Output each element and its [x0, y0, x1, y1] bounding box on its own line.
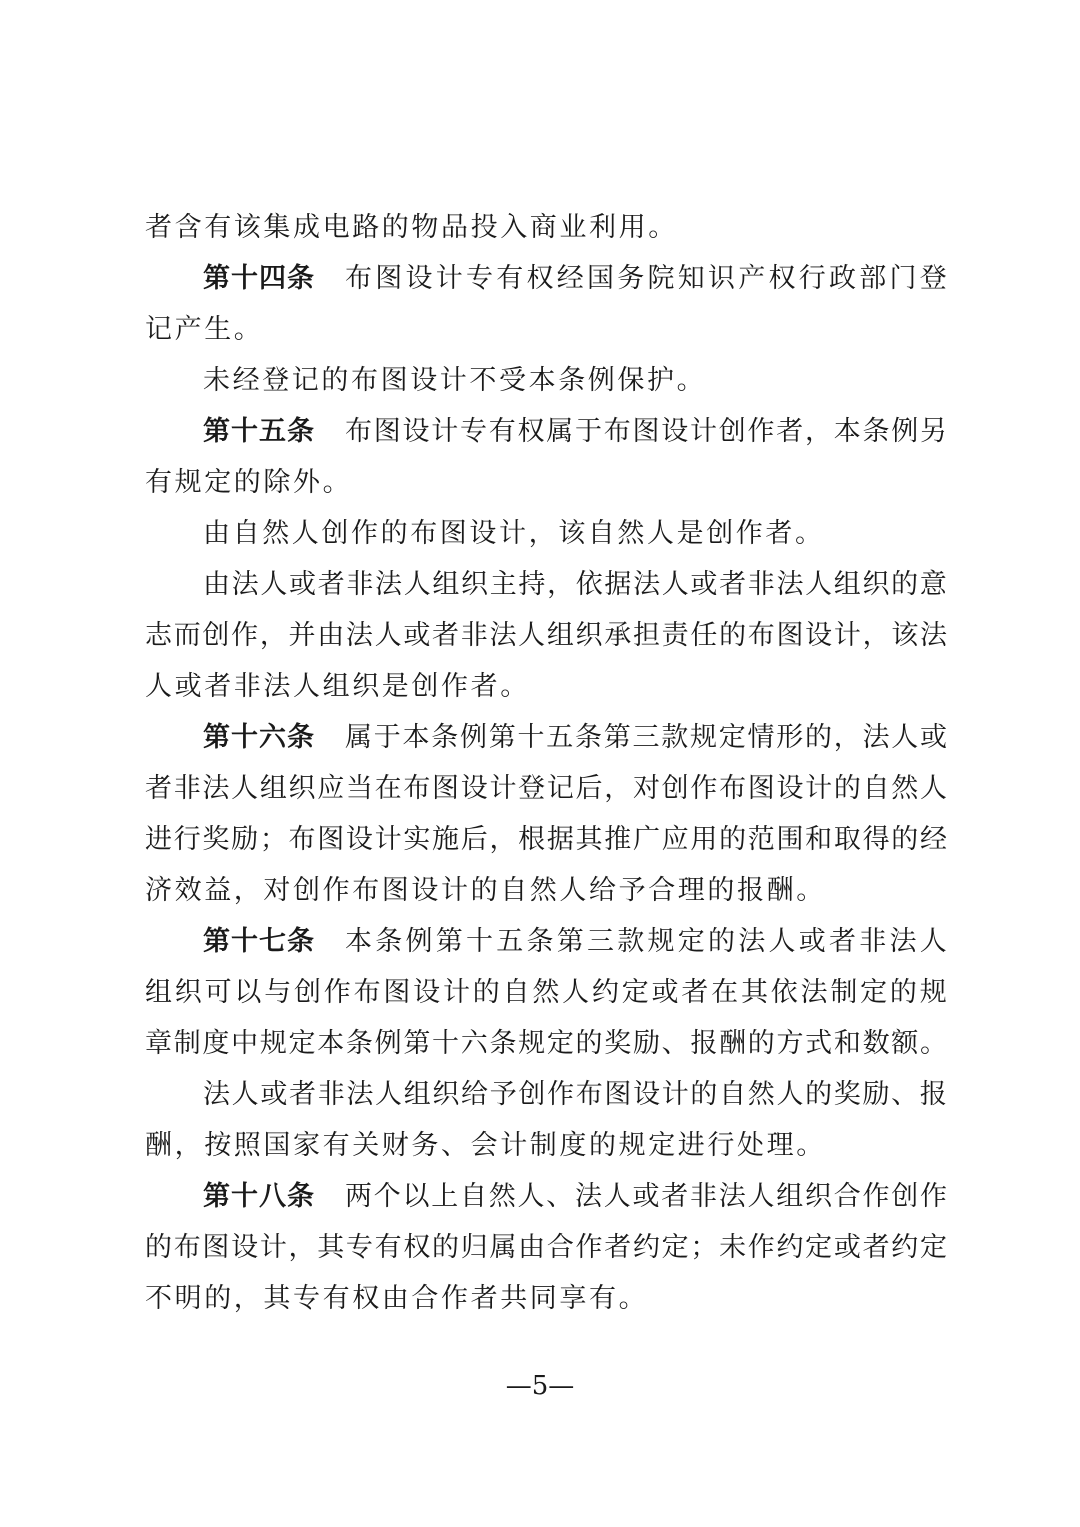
article-number: 第十五条 [203, 407, 315, 457]
text-line: 人或者非法人组织是创作者。 [145, 662, 947, 712]
text-line: 未经登记的布图设计不受本条例保护。 [203, 356, 947, 406]
line-text: 者非法人组织应当在布图设计登记后，对创作布图设计的自然人 [145, 764, 947, 814]
line-text: 布图设计专有权属于布图设计创作者，本条例另 [345, 407, 947, 457]
line-text: 者含有该集成电路的物品投入商业利用。 [145, 203, 947, 253]
text-line: 记产生。 [145, 305, 947, 355]
article-number: 第十四条 [203, 254, 315, 304]
line-text: 的布图设计，其专有权的归属由合作者约定；未作约定或者约定 [145, 1223, 947, 1273]
article-heading-line: 第十八条两个以上自然人、法人或者非法人组织合作创作 [203, 1172, 947, 1222]
line-text: 不明的，其专有权由合作者共同享有。 [145, 1274, 947, 1324]
text-line: 法人或者非法人组织给予创作布图设计的自然人的奖励、报 [203, 1070, 947, 1120]
text-line: 由自然人创作的布图设计，该自然人是创作者。 [203, 509, 947, 559]
text-line: 组织可以与创作布图设计的自然人约定或者在其依法制定的规 [145, 968, 947, 1018]
line-text: 布图设计专有权经国务院知识产权行政部门登 [345, 254, 947, 304]
line-text: 本条例第十五条第三款规定的法人或者非法人 [345, 917, 947, 967]
line-text: 章制度中规定本条例第十六条规定的奖励、报酬的方式和数额。 [145, 1019, 947, 1069]
text-line: 由法人或者非法人组织主持，依据法人或者非法人组织的意 [203, 560, 947, 610]
text-line: 的布图设计，其专有权的归属由合作者约定；未作约定或者约定 [145, 1223, 947, 1273]
line-text: 酬，按照国家有关财务、会计制度的规定进行处理。 [145, 1121, 947, 1171]
line-text: 人或者非法人组织是创作者。 [145, 662, 947, 712]
text-line: 进行奖励；布图设计实施后，根据其推广应用的范围和取得的经 [145, 815, 947, 865]
line-text: 两个以上自然人、法人或者非法人组织合作创作 [345, 1172, 947, 1222]
line-text: 法人或者非法人组织给予创作布图设计的自然人的奖励、报 [203, 1070, 947, 1120]
text-line: 酬，按照国家有关财务、会计制度的规定进行处理。 [145, 1121, 947, 1171]
text-line: 志而创作，并由法人或者非法人组织承担责任的布图设计，该法 [145, 611, 947, 661]
line-text: 进行奖励；布图设计实施后，根据其推广应用的范围和取得的经 [145, 815, 947, 865]
line-text: 由法人或者非法人组织主持，依据法人或者非法人组织的意 [203, 560, 947, 610]
line-text: 济效益，对创作布图设计的自然人给予合理的报酬。 [145, 866, 947, 916]
text-line: 济效益，对创作布图设计的自然人给予合理的报酬。 [145, 866, 947, 916]
article-number: 第十八条 [203, 1172, 315, 1222]
line-text: 由自然人创作的布图设计，该自然人是创作者。 [203, 509, 947, 559]
text-line: 不明的，其专有权由合作者共同享有。 [145, 1274, 947, 1324]
document-page: 者含有该集成电路的物品投入商业利用。第十四条布图设计专有权经国务院知识产权行政部… [0, 0, 1080, 1527]
text-line: 章制度中规定本条例第十六条规定的奖励、报酬的方式和数额。 [145, 1019, 947, 1069]
text-line: 有规定的除外。 [145, 458, 947, 508]
line-text: 属于本条例第十五条第三款规定情形的，法人或 [345, 713, 947, 763]
article-heading-line: 第十七条本条例第十五条第三款规定的法人或者非法人 [203, 917, 947, 967]
article-heading-line: 第十四条布图设计专有权经国务院知识产权行政部门登 [203, 254, 947, 304]
text-line: 者非法人组织应当在布图设计登记后，对创作布图设计的自然人 [145, 764, 947, 814]
line-text: 有规定的除外。 [145, 458, 947, 508]
article-number: 第十七条 [203, 917, 315, 967]
line-text: 记产生。 [145, 305, 947, 355]
article-heading-line: 第十六条属于本条例第十五条第三款规定情形的，法人或 [203, 713, 947, 763]
line-text: 志而创作，并由法人或者非法人组织承担责任的布图设计，该法 [145, 611, 947, 661]
article-number: 第十六条 [203, 713, 315, 763]
page-number: —5— [0, 1366, 1080, 1406]
article-heading-line: 第十五条布图设计专有权属于布图设计创作者，本条例另 [203, 407, 947, 457]
text-line: 者含有该集成电路的物品投入商业利用。 [145, 203, 947, 253]
line-text: 组织可以与创作布图设计的自然人约定或者在其依法制定的规 [145, 968, 947, 1018]
line-text: 未经登记的布图设计不受本条例保护。 [203, 356, 947, 406]
